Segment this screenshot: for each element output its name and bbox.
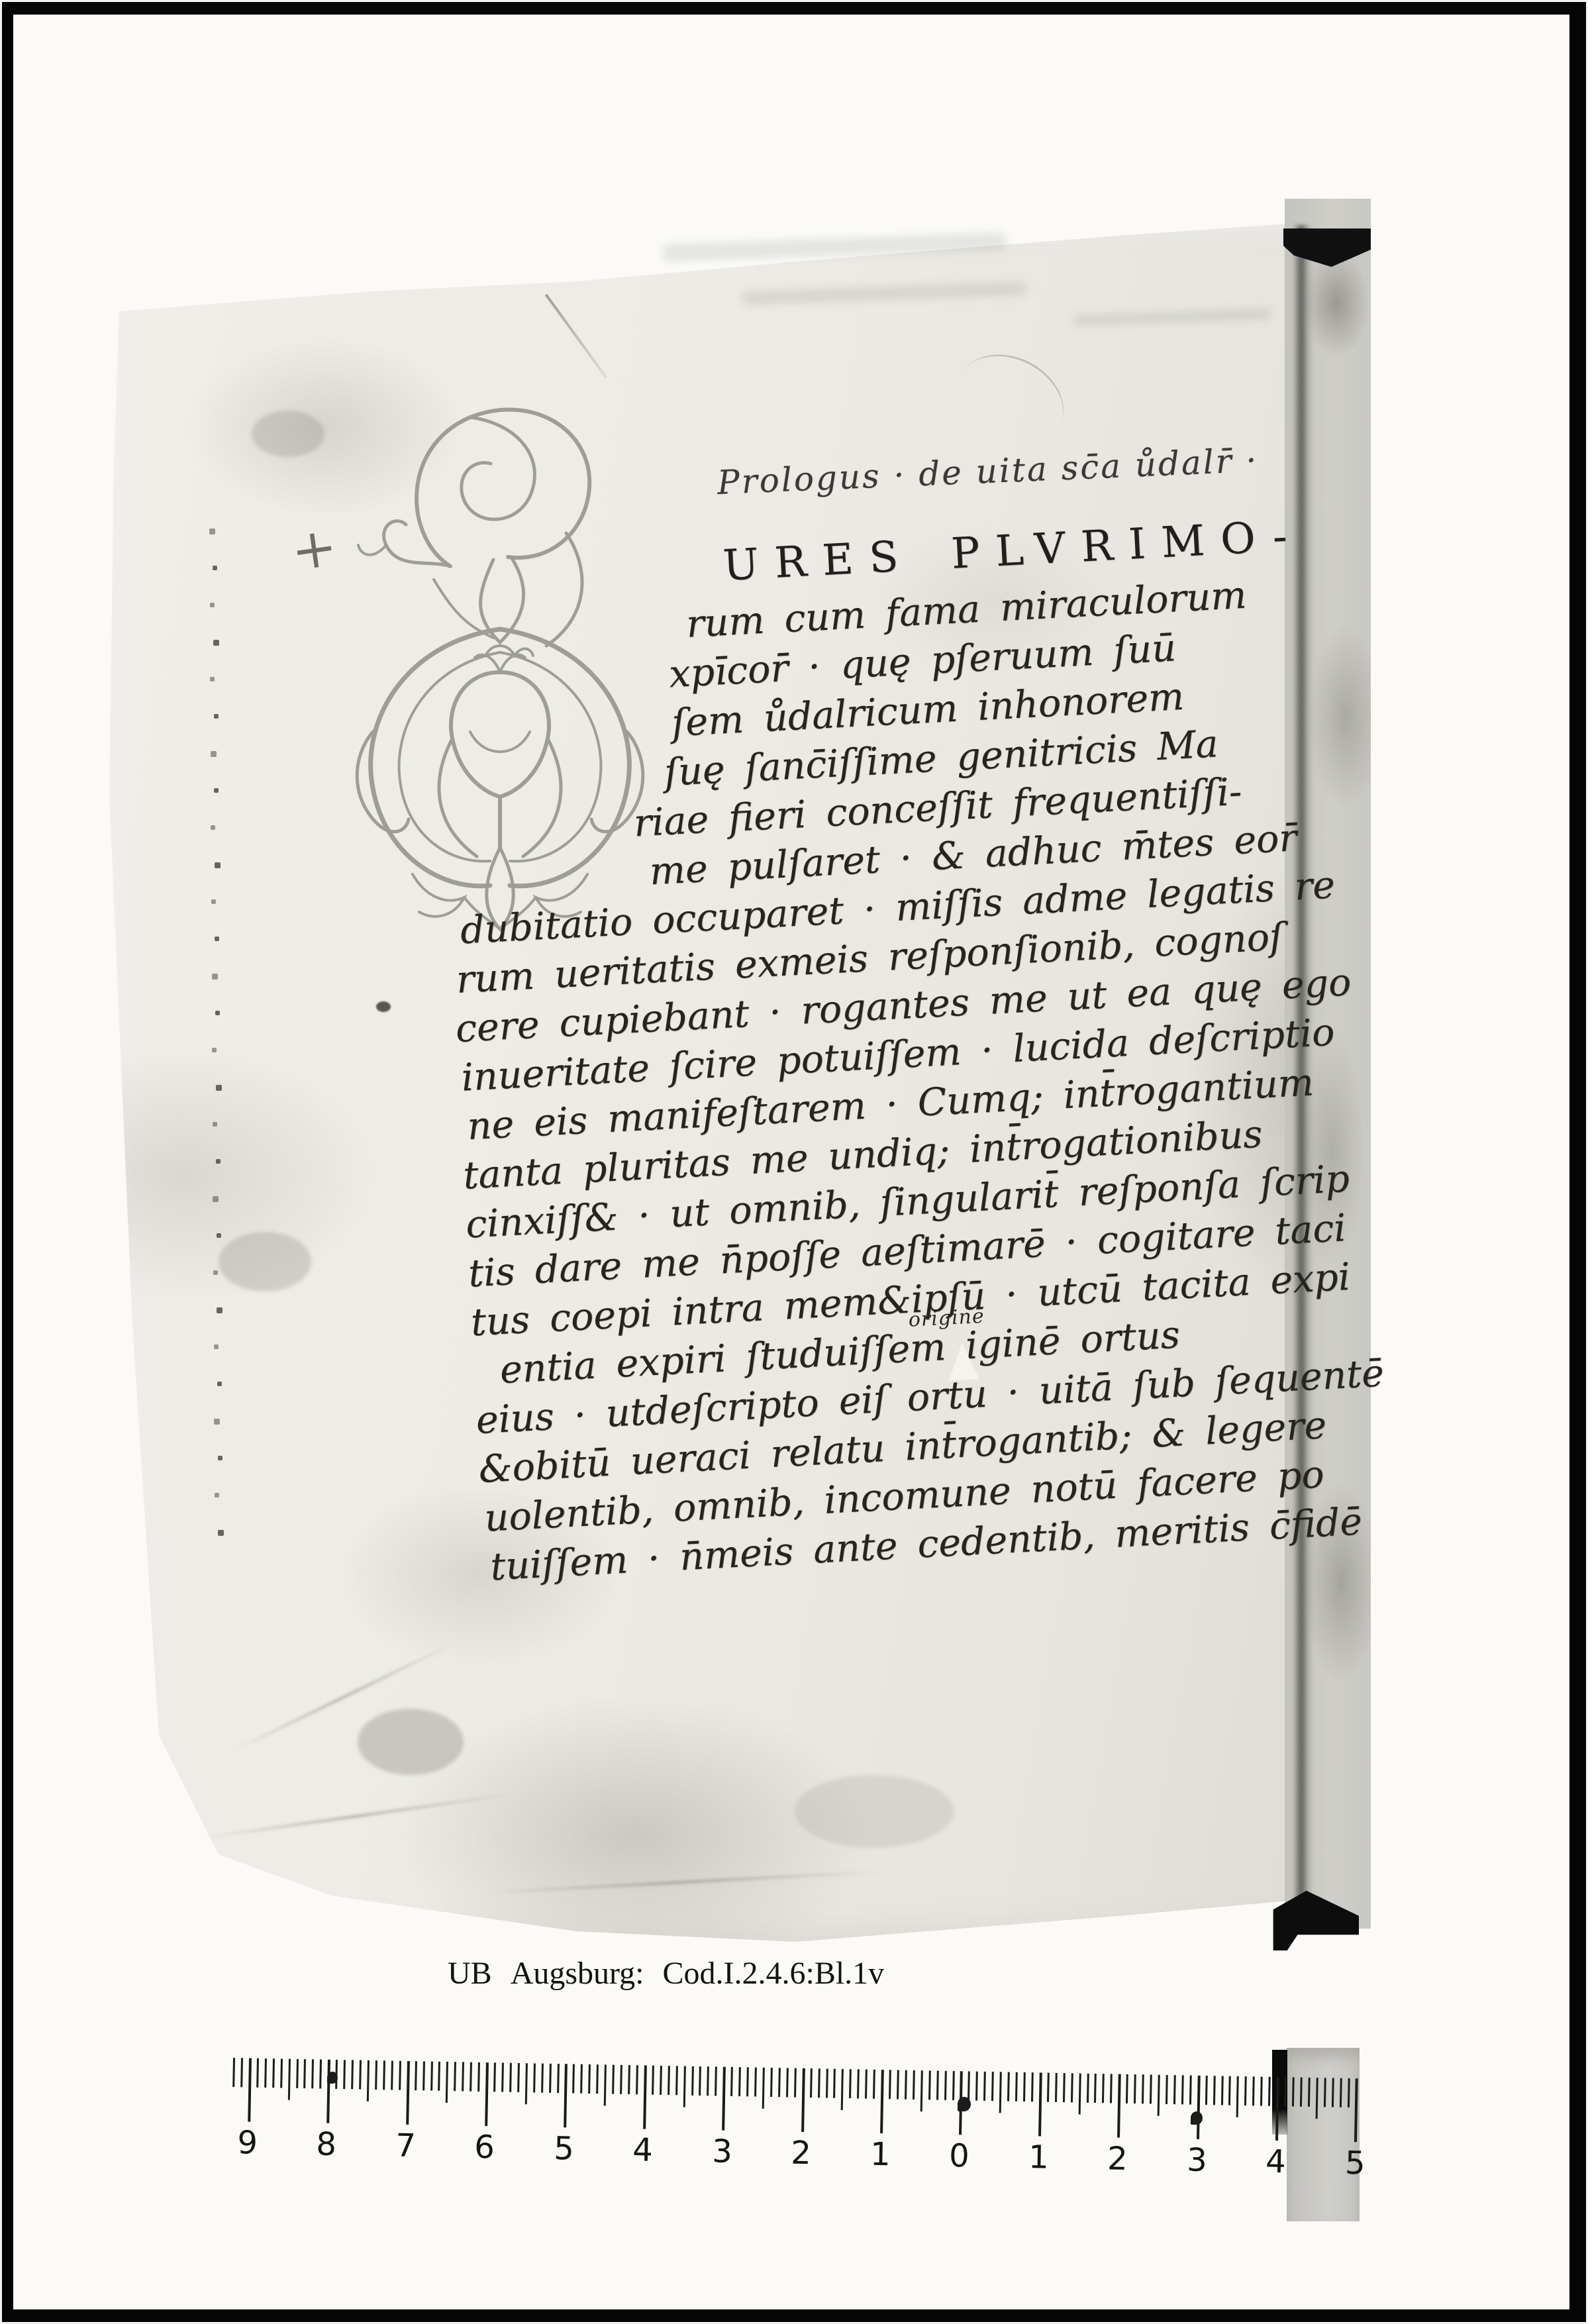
pricking-dot [216, 1085, 222, 1091]
ruler-tick [375, 2060, 377, 2090]
ruler-tick [849, 2069, 852, 2098]
ruler-tick [430, 2062, 433, 2091]
pricking-dot [213, 640, 219, 646]
pricking-dot [211, 899, 216, 904]
pricking-dot [211, 751, 217, 757]
ruler-tick [256, 2058, 259, 2088]
ruler-number: 5 [554, 2130, 575, 2168]
ruler-tick [1102, 2074, 1105, 2103]
ruler-tick [296, 2059, 299, 2088]
ruler-tick [1094, 2074, 1097, 2103]
pricking-dot [214, 788, 219, 793]
ruler-tick [596, 2064, 599, 2094]
ruler-tick [1023, 2072, 1026, 2101]
pricking-dot [215, 1011, 220, 1015]
ruler-tick [699, 2066, 702, 2096]
ruler-tick [675, 2066, 678, 2095]
ruler-tick [1354, 2078, 1358, 2142]
ruler-tick [936, 2071, 939, 2100]
ruler-tick [683, 2066, 685, 2107]
ruler-tick [1086, 2074, 1089, 2103]
pricking-dot [211, 825, 215, 830]
ruler-tick [1158, 2075, 1160, 2116]
ruler-tick [1340, 2078, 1342, 2107]
ruler-tick [1031, 2072, 1034, 2101]
ruler-number: 1 [870, 2136, 891, 2174]
pricking-dot [215, 862, 221, 868]
ruler-tick [304, 2059, 307, 2088]
ruler-tick [501, 2063, 504, 2092]
ruler-tick [1150, 2075, 1152, 2104]
library-caption: UBAugsburg:Cod.I.2.4.6:Bl.1v [448, 1955, 903, 1992]
ruler-tick [406, 2061, 410, 2125]
ruler-number: 0 [949, 2137, 970, 2175]
ruler-tick [312, 2059, 315, 2088]
pricking-dot [217, 1233, 221, 1238]
pricking-dot [215, 1493, 219, 1497]
pricking-dot [217, 1307, 223, 1313]
ruler-tick [913, 2070, 915, 2099]
ruler-tick [1063, 2073, 1066, 2102]
ruler-tick [1078, 2074, 1081, 2115]
ruler-tick [968, 2071, 970, 2100]
ink-blot [958, 2097, 971, 2111]
pricking-dot [212, 974, 218, 980]
ruler-tick [383, 2060, 385, 2090]
caption-city: Augsburg: [511, 1956, 644, 1991]
ruler-tick [287, 2059, 290, 2100]
ruler-tick [1275, 2077, 1279, 2141]
ruler-tick [517, 2063, 520, 2092]
ruler-tick [1205, 2076, 1208, 2105]
ruler-tick [438, 2062, 441, 2091]
plus-mark: + [287, 515, 341, 584]
ruler-tick [1189, 2076, 1192, 2105]
ruler-tick [905, 2070, 907, 2099]
ruler-tick [722, 2067, 726, 2131]
ruler-tick [1244, 2076, 1247, 2105]
pricking-dot [213, 1270, 218, 1275]
ruler-tick [509, 2063, 512, 2092]
stain [219, 1232, 311, 1291]
ruler-tick [1055, 2073, 1058, 2102]
ruler-tick [1347, 2078, 1350, 2107]
ruler-tick [1197, 2076, 1201, 2139]
ruler-tick [1324, 2078, 1326, 2107]
ruler-tick [1173, 2075, 1176, 2104]
ruler-tick [462, 2062, 464, 2091]
pricking-dot [213, 1196, 219, 1202]
ruler-number: 2 [791, 2135, 812, 2172]
pricking-dot [209, 529, 215, 534]
ruler-tick [660, 2066, 662, 2095]
ruler-tick [952, 2071, 955, 2100]
ruler-tick [319, 2060, 322, 2089]
ruler-tick [944, 2071, 947, 2100]
ruler-number: 3 [1187, 2142, 1208, 2180]
ruler-tick [1213, 2076, 1215, 2105]
ruler-number: 9 [237, 2124, 258, 2162]
ruler-tick [1300, 2078, 1303, 2107]
ruler-tick [1332, 2078, 1334, 2107]
ruler-tick [991, 2072, 994, 2101]
ruler-tick [897, 2070, 899, 2099]
ruler-tick [272, 2058, 275, 2088]
ruler-tick [1284, 2077, 1287, 2106]
ink-spot [376, 1001, 391, 1012]
ruler-tick [620, 2065, 622, 2094]
ruler-tick [707, 2066, 709, 2096]
ruler-tick [1252, 2076, 1255, 2105]
ruler-tick [399, 2061, 401, 2090]
caption-shelfmark: Cod.I.2.4.6:Bl.1v [662, 1956, 884, 1991]
ruler-tick [920, 2070, 922, 2111]
pricking-dot [210, 603, 215, 607]
ruler-tick [1260, 2077, 1263, 2106]
ruler-tick [1134, 2074, 1136, 2103]
ruler-tick [826, 2069, 828, 2098]
ruler-tick [1315, 2078, 1318, 2119]
ruler-tick [738, 2067, 741, 2096]
ruler-tick [446, 2062, 448, 2103]
ruler-tick [1126, 2074, 1128, 2103]
pricking-dot [216, 1159, 221, 1164]
ruler-tick [470, 2062, 472, 2092]
pricking-dot [212, 1048, 217, 1052]
pricking-dot [213, 566, 217, 570]
ruler-tick [1015, 2072, 1018, 2101]
ruler-tick [232, 2058, 235, 2087]
ruler-tick [652, 2066, 654, 2095]
ruler-tick [810, 2068, 813, 2097]
ruler-tick [770, 2068, 773, 2097]
ruler-tick [754, 2068, 757, 2097]
ruler-tick [1308, 2078, 1311, 2107]
stain [252, 411, 324, 457]
ruler-tick [588, 2064, 591, 2094]
pricking-dot [214, 714, 219, 719]
ruler-tick [525, 2063, 528, 2104]
ruler-tick [1038, 2072, 1042, 2136]
ruler-tick [415, 2061, 417, 2090]
ruler-tick [691, 2066, 694, 2096]
ruler-tick [715, 2066, 717, 2096]
pricking-dot [217, 1382, 222, 1386]
ruler-number: 1 [1028, 2139, 1050, 2176]
ruler-tick [240, 2058, 243, 2087]
ruler-tick [794, 2068, 797, 2097]
ruler-tick [841, 2069, 844, 2110]
ruler-tick [557, 2064, 560, 2093]
ruler-tick [493, 2062, 496, 2092]
ruler-number: 8 [316, 2125, 337, 2163]
ruler-tick [818, 2068, 820, 2097]
ruler-tick [889, 2070, 891, 2099]
ruler-number: 3 [712, 2133, 733, 2170]
ruler-tick [485, 2062, 489, 2126]
ruler-tick [801, 2068, 805, 2132]
ruler-tick [762, 2068, 765, 2109]
pricking-dot [210, 677, 215, 682]
ruler-tick [636, 2065, 638, 2094]
ruler-tick [454, 2062, 456, 2091]
ruler-tick [1166, 2075, 1168, 2104]
ruler-tick [1181, 2075, 1184, 2104]
ruler-tick [999, 2072, 1002, 2113]
ruler-tick [391, 2061, 393, 2090]
caption-institution: UB [448, 1956, 492, 1991]
ruler-tick [477, 2062, 480, 2092]
pricking-dot [218, 1456, 223, 1460]
ruler-tick [1117, 2074, 1121, 2138]
ruler-tick [549, 2064, 552, 2093]
ruler-tick [541, 2064, 544, 2093]
ruler-tick [248, 2058, 252, 2122]
ruler-tick [1110, 2074, 1113, 2103]
ruler-tick [1007, 2072, 1010, 2101]
ruler-tick [778, 2068, 781, 2097]
ruler-tick [367, 2060, 370, 2101]
ruler-tick [975, 2072, 978, 2101]
ruler-tick [580, 2064, 583, 2094]
ruler-tick [359, 2060, 362, 2090]
ruler-tick [628, 2065, 630, 2094]
ruler-tick [533, 2063, 536, 2092]
ruler-number: 2 [1107, 2140, 1128, 2178]
ruler-tick [730, 2067, 733, 2096]
ruler-tick [1142, 2074, 1144, 2103]
ruler-tick [865, 2070, 868, 2099]
interlinear-correction: originē [908, 1305, 985, 1332]
ruler-tick [1071, 2073, 1073, 2102]
ink-blot [1191, 2111, 1203, 2125]
ruler-tick [326, 2060, 330, 2123]
ruler-number: 4 [1265, 2143, 1287, 2181]
ruler-tick [873, 2070, 875, 2099]
stain [358, 1709, 464, 1775]
ruler-tick [857, 2069, 860, 2098]
ruler-tick [1292, 2077, 1295, 2106]
ruler-tick [1268, 2077, 1271, 2106]
ruler-number: 4 [632, 2131, 654, 2169]
ruler-tick [1228, 2076, 1231, 2105]
ruler-tick [1220, 2076, 1223, 2105]
pricking-dot [214, 1344, 219, 1349]
ruler-number: 6 [474, 2129, 495, 2166]
ruler-tick [928, 2070, 931, 2099]
pricking-dot [218, 1530, 224, 1536]
ruler-tick [786, 2068, 789, 2097]
ruler-tick [343, 2060, 346, 2089]
manuscript-text-block: URES PLVRIMO- rum cum fama miraculorum x… [430, 499, 1450, 1592]
pricking-dot [215, 936, 219, 941]
ruler-tick [983, 2072, 986, 2101]
ruler-tick [746, 2067, 749, 2096]
stain [795, 1775, 954, 1848]
ruler-tick [573, 2064, 575, 2094]
cm-ruler: 9 8 7 6 5 4 3 2 1 0 1 2 3 4 5 [226, 2058, 1362, 2211]
ruler-tick [264, 2058, 267, 2088]
ruler-tick [604, 2064, 607, 2105]
pricking-dot [213, 1122, 217, 1127]
ruler-tick [1047, 2073, 1050, 2102]
ink-blot [327, 2072, 338, 2084]
ruler-tick [833, 2069, 836, 2098]
manuscript-scan: + A [0, 0, 1588, 2324]
ruler-tick [880, 2070, 884, 2133]
ruler-number: 7 [395, 2127, 417, 2165]
ruler-tick [422, 2061, 425, 2090]
ruler-tick [351, 2060, 354, 2089]
ruler-tick [612, 2065, 615, 2094]
pricking-dot [214, 1419, 220, 1425]
ruler-tick [280, 2058, 283, 2088]
ruler-tick [1236, 2076, 1239, 2117]
ruler-tick [564, 2064, 568, 2127]
ruler-tick [643, 2066, 647, 2129]
ruler-number: 5 [1345, 2145, 1366, 2182]
ruler-tick [668, 2066, 670, 2095]
